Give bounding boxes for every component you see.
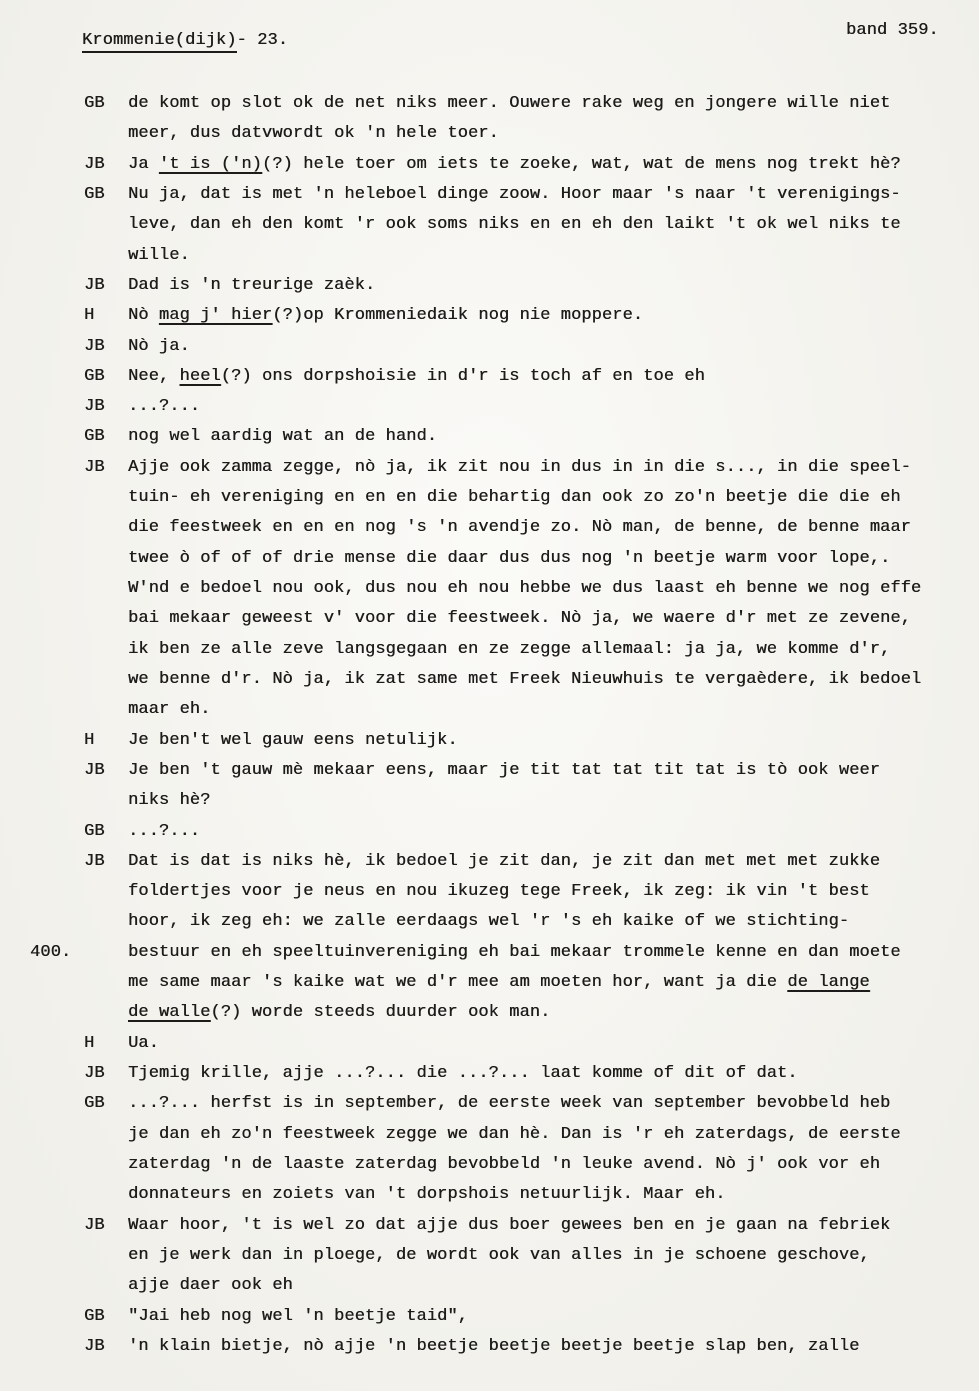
line-text: hoor, ik zeg eh: we zalle eerdaags wel '… [128,907,849,937]
speaker-label: JB [84,453,128,483]
speaker-label: H [84,1029,128,1059]
text-segment: bestuur en eh speeltuinvereniging eh bai… [128,943,901,962]
text-segment: niks hè? [128,791,210,810]
document-title: Krommenie(dijk)- 23. [82,31,288,50]
transcript-line: JBDat is dat is niks hè, ik bedoel je zi… [84,847,968,877]
text-segment: nog wel aardig wat an de hand. [128,427,437,446]
line-text: twee ò of of of drie mense die daar dus … [128,544,890,574]
transcript-line: leve, dan eh den komt 'r ook soms niks e… [84,210,968,240]
transcript-line: meer, dus datvwordt ok 'n hele toer. [84,119,968,149]
line-text: ik ben ze alle zeve langsgegaan en ze ze… [128,635,890,665]
transcript-line: JB...?... [84,392,968,422]
line-text: "Jai heb nog wel 'n beetje taid", [128,1302,468,1332]
text-segment: ...?... herfst is in september, de eerst… [128,1094,890,1113]
transcript-line: HJe ben't wel gauw eens netulijk. [84,726,968,756]
speaker-label [84,1271,128,1301]
underlined-phrase: de walle [128,1003,210,1022]
transcript-line: GBnog wel aardig wat an de hand. [84,422,968,452]
line-text: bai mekaar geweest v' voor die feestweek… [128,604,911,634]
speaker-label [84,1150,128,1180]
text-segment: Ajje ook zamma zegge, nò ja, ik zit nou … [128,458,911,477]
speaker-label: JB [84,150,128,180]
line-text: Nu ja, dat is met 'n heleboel dinge zoow… [128,180,901,210]
transcript-line: me same maar 's kaike wat we d'r mee am … [84,968,968,998]
transcript-line: JBNò ja. [84,332,968,362]
line-text: niks hè? [128,786,210,816]
text-segment: die feestweek en en en nog 's 'n avendje… [128,518,911,537]
line-text: we benne d'r. Nò ja, ik zat same met Fre… [128,665,921,695]
text-segment: me same maar 's kaike wat we d'r mee am … [128,973,787,992]
document-title-underlined: Krommenie(dijk) [82,31,237,53]
speaker-label: JB [84,392,128,422]
line-text: ajje daer ook eh [128,1271,293,1301]
underlined-phrase: 't is ('n) [159,155,262,174]
line-text: foldertjes voor je neus en nou ikuzeg te… [128,877,870,907]
text-segment: "Jai heb nog wel 'n beetje taid", [128,1307,468,1326]
speaker-label [84,483,128,513]
line-text: Nò mag j' hier(?)op Krommeniedaik nog ni… [128,301,643,331]
text-segment: Ua. [128,1034,159,1053]
line-text: Tjemig krille, ajje ...?... die ...?... … [128,1059,798,1089]
speaker-label [84,907,128,937]
transcript-line: we benne d'r. Nò ja, ik zat same met Fre… [84,665,968,695]
transcript-line: je dan eh zo'n feestweek zegge we dan hè… [84,1120,968,1150]
line-text: me same maar 's kaike wat we d'r mee am … [128,968,870,998]
speaker-label [84,1120,128,1150]
speaker-label [84,604,128,634]
text-segment: zaterdag 'n de laaste zaterdag bevobbeld… [128,1155,880,1174]
line-text: Nee, heel(?) ons dorpshoisie in d'r is t… [128,362,705,392]
line-text: ...?... [128,392,200,422]
text-segment: donnateurs en zoiets van 't dorpshois ne… [128,1185,726,1204]
speaker-label [84,210,128,240]
speaker-label [84,574,128,604]
transcript-line: die feestweek en en en nog 's 'n avendje… [84,513,968,543]
transcript-line: maar eh. [84,695,968,725]
text-segment: maar eh. [128,700,210,719]
speaker-label: JB [84,332,128,362]
transcript-line: zaterdag 'n de laaste zaterdag bevobbeld… [84,1150,968,1180]
transcript-line: JBTjemig krille, ajje ...?... die ...?..… [84,1059,968,1089]
line-text: ...?... [128,817,200,847]
line-text: die feestweek en en en nog 's 'n avendje… [128,513,911,543]
transcript-line: GBNu ja, dat is met 'n heleboel dinge zo… [84,180,968,210]
transcript-line: ajje daer ook eh [84,1271,968,1301]
text-segment: (?) worde steeds duurder ook man. [210,1003,550,1022]
transcript-line: HNò mag j' hier(?)op Krommeniedaik nog n… [84,301,968,331]
band-number: band 359. [846,21,939,40]
line-text: Ja 't is ('n)(?) hele toer om iets te zo… [128,150,901,180]
line-text: Je ben 't gauw mè mekaar eens, maar je t… [128,756,880,786]
text-segment: de komt op slot ok de net niks meer. Ouw… [128,94,890,113]
transcript-line: HUa. [84,1029,968,1059]
speaker-label: JB [84,847,128,877]
speaker-label: GB [84,180,128,210]
transcript-line: GBde komt op slot ok de net niks meer. O… [84,89,968,119]
text-segment: W'nd e bedoel nou ook, dus nou eh nou he… [128,579,921,598]
speaker-label: GB [84,817,128,847]
transcript-line: hoor, ik zeg eh: we zalle eerdaags wel '… [84,907,968,937]
line-text: Nò ja. [128,332,190,362]
text-segment: Tjemig krille, ajje ...?... die ...?... … [128,1064,798,1083]
transcript-line: W'nd e bedoel nou ook, dus nou eh nou he… [84,574,968,604]
line-text: Waar hoor, 't is wel zo dat ajje dus boe… [128,1211,890,1241]
transcript-line: donnateurs en zoiets van 't dorpshois ne… [84,1180,968,1210]
text-segment: meer, dus datvwordt ok 'n hele toer. [128,124,499,143]
transcript-line: JBAjje ook zamma zegge, nò ja, ik zit no… [84,453,968,483]
text-segment: je dan eh zo'n feestweek zegge we dan hè… [128,1125,901,1144]
speaker-label: JB [84,1332,128,1362]
text-segment: Je ben 't gauw mè mekaar eens, maar je t… [128,761,880,780]
underlined-phrase: heel [180,367,221,386]
text-segment: ...?... [128,397,200,416]
text-segment: Nò [128,306,159,325]
line-text: de walle(?) worde steeds duurder ook man… [128,998,550,1028]
underlined-phrase: mag j' hier [159,306,272,325]
speaker-label [84,877,128,907]
transcript-line: JBJa 't is ('n)(?) hele toer om iets te … [84,150,968,180]
text-segment: bai mekaar geweest v' voor die feestweek… [128,609,911,628]
line-text: bestuur en eh speeltuinvereniging eh bai… [128,938,901,968]
speaker-label: JB [84,1059,128,1089]
transcript-line: JBJe ben 't gauw mè mekaar eens, maar je… [84,756,968,786]
text-segment: twee ò of of of drie mense die daar dus … [128,549,890,568]
text-segment: (?) ons dorpshoisie in d'r is toch af en… [221,367,705,386]
text-segment: (?)op Krommeniedaik nog nie moppere. [272,306,643,325]
line-text: donnateurs en zoiets van 't dorpshois ne… [128,1180,726,1210]
speaker-label [84,635,128,665]
line-text: Ua. [128,1029,159,1059]
transcript-line: JBDad is 'n treurige zaèk. [84,271,968,301]
transcript-line: GB...?... [84,817,968,847]
speaker-label [84,119,128,149]
transcript-line: twee ò of of of drie mense die daar dus … [84,544,968,574]
transcript: GBde komt op slot ok de net niks meer. O… [84,89,968,1362]
speaker-label [84,786,128,816]
speaker-label: JB [84,756,128,786]
text-segment: Dad is 'n treurige zaèk. [128,276,375,295]
text-segment: leve, dan eh den komt 'r ook soms niks e… [128,215,901,234]
underlined-phrase: de lange [787,973,869,992]
speaker-label [84,1241,128,1271]
transcript-line: niks hè? [84,786,968,816]
line-text: 'n klain bietje, nò ajje 'n beetje beetj… [128,1332,859,1362]
text-segment: ik ben ze alle zeve langsgegaan en ze ze… [128,640,890,659]
speaker-label [84,1180,128,1210]
speaker-label: GB [84,362,128,392]
line-text: Je ben't wel gauw eens netulijk. [128,726,458,756]
speaker-label [84,241,128,271]
line-text: Ajje ook zamma zegge, nò ja, ik zit nou … [128,453,911,483]
transcript-line: de walle(?) worde steeds duurder ook man… [84,998,968,1028]
transcript-line: GB"Jai heb nog wel 'n beetje taid", [84,1302,968,1332]
text-segment: Waar hoor, 't is wel zo dat ajje dus boe… [128,1216,890,1235]
text-segment: Je ben't wel gauw eens netulijk. [128,731,458,750]
text-segment: (?) hele toer om iets te zoeke, wat, wat… [262,155,901,174]
transcript-line: JB'n klain bietje, nò ajje 'n beetje bee… [84,1332,968,1362]
line-text: de komt op slot ok de net niks meer. Ouw… [128,89,890,119]
text-segment: Ja [128,155,159,174]
line-text: tuin- eh vereniging en en en die beharti… [128,483,901,513]
transcript-line: tuin- eh vereniging en en en die beharti… [84,483,968,513]
line-text: maar eh. [128,695,210,725]
speaker-label: GB [84,1302,128,1332]
speaker-label: GB [84,422,128,452]
transcript-line: GBNee, heel(?) ons dorpshoisie in d'r is… [84,362,968,392]
text-segment: we benne d'r. Nò ja, ik zat same met Fre… [128,670,921,689]
speaker-label: H [84,301,128,331]
transcript-line: GB...?... herfst is in september, de eer… [84,1089,968,1119]
line-text: meer, dus datvwordt ok 'n hele toer. [128,119,499,149]
line-text: ...?... herfst is in september, de eerst… [128,1089,890,1119]
line-text: en je werk dan in ploege, de wordt ook v… [128,1241,870,1271]
line-text: leve, dan eh den komt 'r ook soms niks e… [128,210,901,240]
speaker-label [84,544,128,574]
line-text: je dan eh zo'n feestweek zegge we dan hè… [128,1120,901,1150]
transcript-line: JBWaar hoor, 't is wel zo dat ajje dus b… [84,1211,968,1241]
speaker-label [84,665,128,695]
text-segment: 'n klain bietje, nò ajje 'n beetje beetj… [128,1337,859,1356]
text-segment: foldertjes voor je neus en nou ikuzeg te… [128,882,870,901]
text-segment: ajje daer ook eh [128,1276,293,1295]
transcript-line: ik ben ze alle zeve langsgegaan en ze ze… [84,635,968,665]
speaker-label: GB [84,89,128,119]
speaker-label: GB [84,1089,128,1119]
transcript-line: foldertjes voor je neus en nou ikuzeg te… [84,877,968,907]
transcript-line: en je werk dan in ploege, de wordt ook v… [84,1241,968,1271]
line-text: W'nd e bedoel nou ook, dus nou eh nou he… [128,574,921,604]
speaker-label: JB [84,271,128,301]
line-text: wille. [128,241,190,271]
speaker-label [84,938,128,968]
text-segment: tuin- eh vereniging en en en die beharti… [128,488,901,507]
text-segment: Nee, [128,367,180,386]
line-text: zaterdag 'n de laaste zaterdag bevobbeld… [128,1150,880,1180]
speaker-label [84,998,128,1028]
speaker-label: H [84,726,128,756]
text-segment: Nu ja, dat is met 'n heleboel dinge zoow… [128,185,901,204]
speaker-label [84,695,128,725]
line-text: nog wel aardig wat an de hand. [128,422,437,452]
line-text: Dat is dat is niks hè, ik bedoel je zit … [128,847,880,877]
transcript-line: 400.bestuur en eh speeltuinvereniging eh… [84,938,968,968]
document-title-rest: - 23. [237,31,289,50]
speaker-label [84,513,128,543]
text-segment: en je werk dan in ploege, de wordt ook v… [128,1246,870,1265]
text-segment: Dat is dat is niks hè, ik bedoel je zit … [128,852,880,871]
text-segment: Nò ja. [128,337,190,356]
text-segment: wille. [128,246,190,265]
speaker-label [84,968,128,998]
speaker-label: JB [84,1211,128,1241]
text-segment: ...?... [128,822,200,841]
document-page: Krommenie(dijk)- 23. band 359. GBde komt… [0,0,979,1391]
transcript-line: bai mekaar geweest v' voor die feestweek… [84,604,968,634]
line-text: Dad is 'n treurige zaèk. [128,271,375,301]
text-segment: hoor, ik zeg eh: we zalle eerdaags wel '… [128,912,849,931]
margin-line-number: 400. [30,938,71,968]
transcript-line: wille. [84,241,968,271]
